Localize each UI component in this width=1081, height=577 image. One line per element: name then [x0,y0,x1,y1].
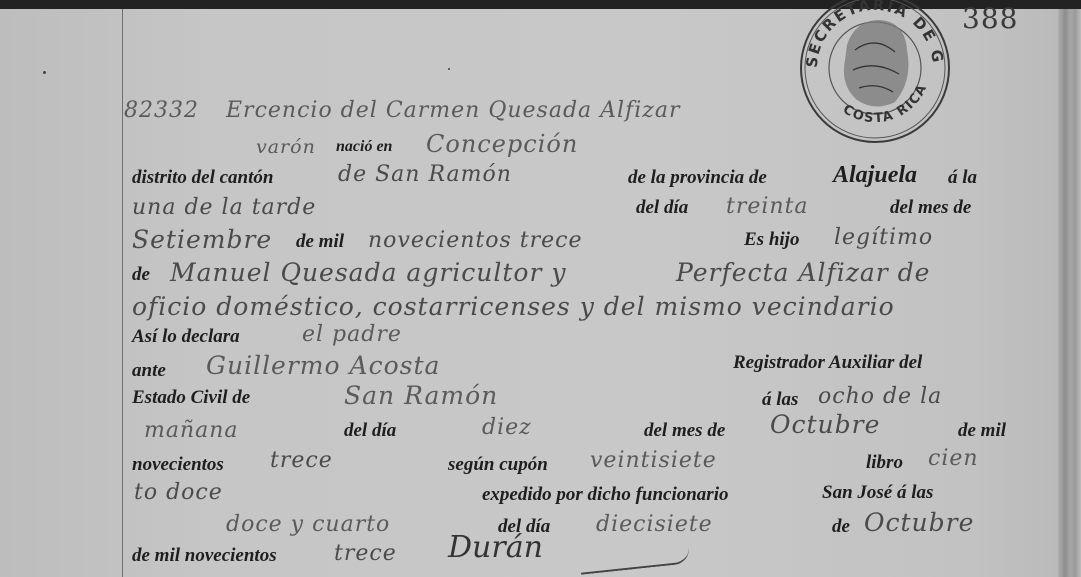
legitimacy: legítimo [834,225,933,250]
of-label: de [132,264,150,286]
registrar-title: Registrador Auxiliar del [733,352,922,374]
registration-hour: ocho de la [818,384,942,409]
declared-label: Así lo declara [132,326,240,348]
book-number-cont: to doce [134,480,223,505]
record-number: 82332 [124,98,199,123]
registrar-name: Guillermo Acosta [206,351,440,380]
reg-month-label: del mes de [644,420,725,442]
birth-day: treinta [726,194,809,219]
canton: de San Ramón [338,162,512,187]
before-label: ante [132,360,166,382]
declarant: el padre [302,322,402,347]
district-label: distrito del cantón [132,167,273,189]
issued-month: Octubre [864,508,974,537]
issued-hour: doce y cuarto [226,512,390,537]
reg-at-label: á las [762,389,798,411]
province-label: de la provincia de [628,167,767,189]
registration-year: trece [270,448,333,473]
day-label: del día [636,197,688,219]
legit-label: Es hijo [744,229,799,251]
issued-label: expedido por dicho funcionario [482,484,728,506]
month-label: del mes de [890,197,971,219]
coupon-label: según cupón [448,454,548,476]
birth-year: novecientos trece [368,228,583,253]
issued-month-label: de [832,516,850,538]
book-number: cien [928,446,979,471]
province: Alajuela [833,162,917,189]
father: Manuel Quesada agricultor y [170,258,567,287]
birth-hour: una de la tarde [132,195,316,220]
margin-rule [122,9,123,577]
book-spine [1058,9,1081,577]
registrar-signature: Durán [448,530,543,565]
issued-year-label: de mil novecientos [132,545,277,567]
civil-state-label: Estado Civil de [132,387,250,409]
registry-place: San Ramón [344,381,498,410]
born-in-label: nació en [336,138,392,156]
coupon-number: veintisiete [590,448,717,473]
child-sex: varón [256,136,316,158]
registration-hour-part: mañana [144,418,239,443]
issued-place: San José á las [822,482,933,504]
issued-year: trece [334,541,397,566]
government-seal-icon: SECRETARÍA DE GOBERNACIÓN COSTA RICA [795,0,955,145]
mother-occupation: oficio doméstico, costarricenses y del m… [132,292,895,321]
mother: Perfecta Alfizar de [676,258,930,287]
reg-year-prefix: novecientos [132,454,224,476]
issued-day: diecisiete [596,512,713,537]
reg-day-label: del día [344,420,396,442]
registration-month: Octubre [770,410,880,439]
year-label: de mil [296,231,344,253]
registration-day: diez [482,415,532,440]
child-name: Ercencio del Carmen Quesada Alfizar [226,98,680,123]
book-label: libro [866,452,903,474]
paper-speck [448,68,450,70]
at-label: á la [948,167,977,189]
reg-year-label: de mil [958,420,1006,442]
folio-number: 388 [962,2,1018,35]
paper-speck [43,71,46,74]
birthplace: Concepción [426,130,578,158]
birth-month: Setiembre [132,225,272,254]
